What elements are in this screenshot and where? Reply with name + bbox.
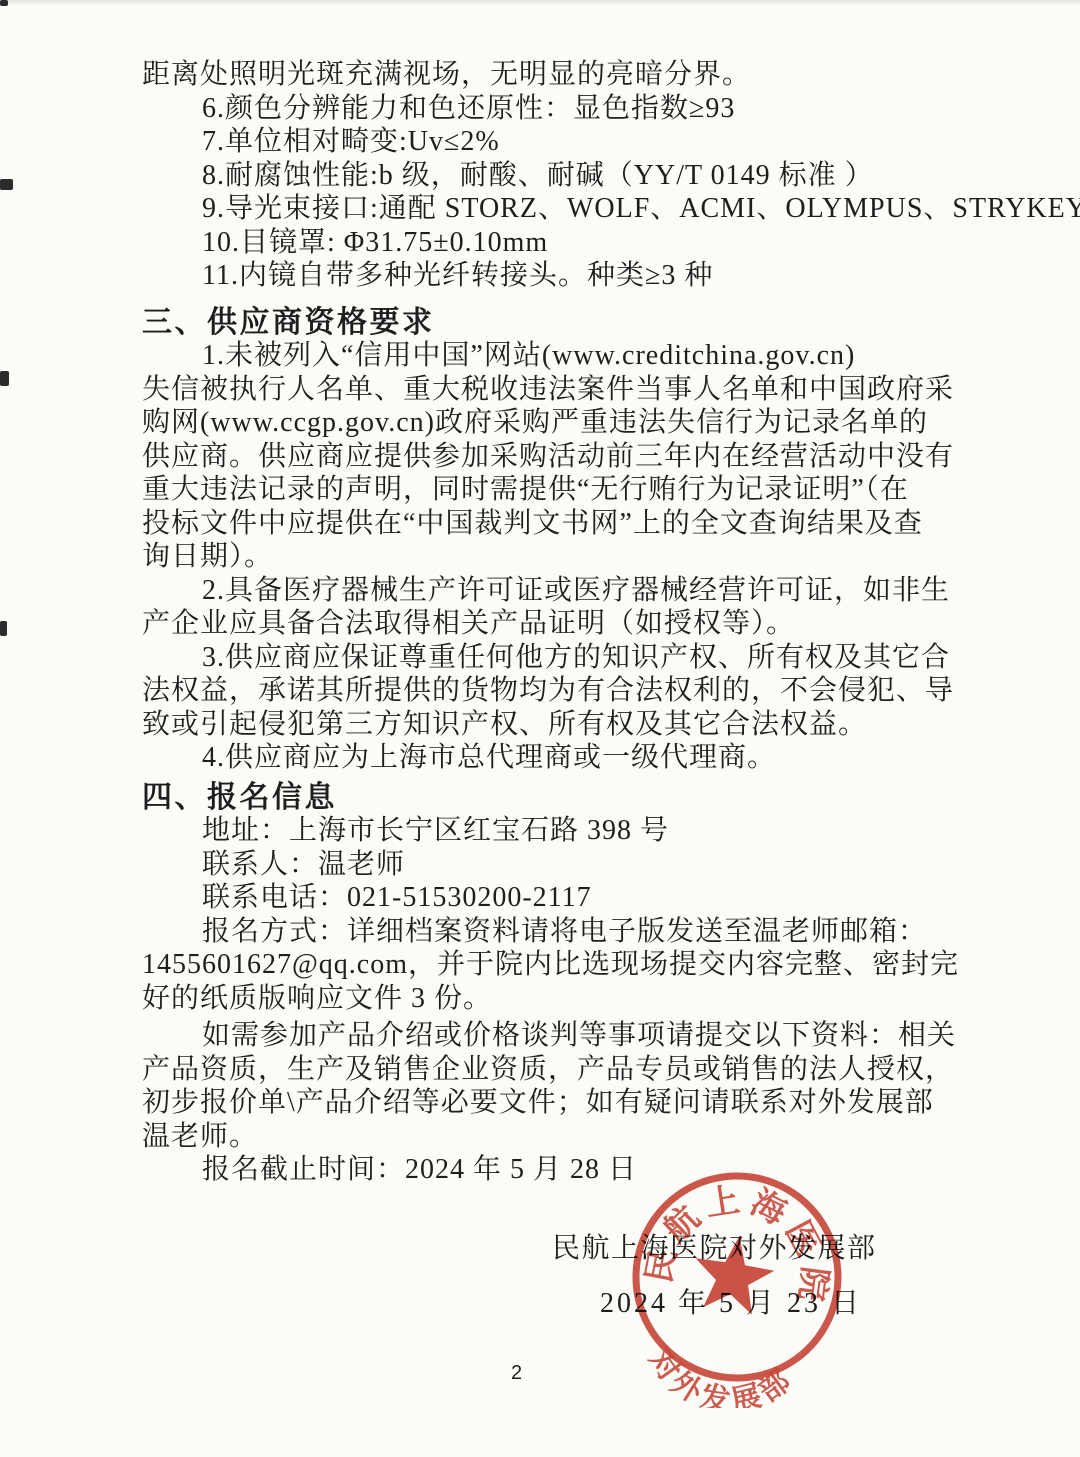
spec-item-7: 7.单位相对畸变:Uv≤2% <box>142 125 954 159</box>
sec3-line: 3.供应商应保证尊重任何他方的知识产权、所有权及其它合 <box>142 641 954 675</box>
sec3-line: 重大违法记录的声明，同时需提供“无行贿行为记录证明”（在 <box>142 473 954 507</box>
sec4-address: 地址：上海市长宁区红宝石路 398 号 <box>142 814 954 848</box>
spec-item-8: 8.耐腐蚀性能:b 级，耐酸、耐碱（YY/T 0149 标准 ） <box>142 159 954 193</box>
scan-artifact <box>0 179 13 190</box>
section3-heading: 三、供应商资格要求 <box>142 306 954 340</box>
official-seal: 民航上海医院 对外发展部 <box>606 1146 868 1408</box>
sec3-line: 购网(www.ccgp.gov.cn)政府采购严重违法失信行为记录名单的 <box>142 406 954 440</box>
scan-artifact <box>0 621 7 636</box>
document-page: 距离处照明光斑充满视场，无明显的亮暗分界。 6.颜色分辨能力和色还原性：显色指数… <box>0 0 1080 1457</box>
scan-artifact <box>0 0 8 6</box>
spec-item-10: 10.目镜罩: Φ31.75±0.10mm <box>142 226 954 260</box>
section4-heading: 四、报名信息 <box>142 781 954 815</box>
spec-line: 距离处照明光斑充满视场，无明显的亮暗分界。 <box>142 58 954 92</box>
sec4-phone: 联系电话：021-51530200-2117 <box>142 881 954 915</box>
sec3-line: 询日期）。 <box>142 540 954 574</box>
sec3-line: 法权益，承诺其所提供的货物均为有合法权利的，不会侵犯、导 <box>142 674 954 708</box>
sec4-line: 初步报价单\产品介绍等必要文件；如有疑问请联系对外发展部 <box>142 1086 954 1120</box>
sec3-line: 4.供应商应为上海市总代理商或一级代理商。 <box>142 741 954 775</box>
scan-artifact <box>0 371 9 386</box>
sec3-line: 供应商。供应商应提供参加采购活动前三年内在经营活动中没有 <box>142 440 954 474</box>
sec3-line: 致或引起侵犯第三方知识产权、所有权及其它合法权益。 <box>142 708 954 742</box>
sec4-email: 1455601627@qq.com，并于院内比选现场提交内容完整、密封完 <box>142 948 954 982</box>
sec4-line: 产品资质，生产及销售企业资质，产品专员或销售的法人授权， <box>142 1053 954 1087</box>
red-star-icon <box>688 1230 779 1318</box>
sec4-line: 好的纸质版响应文件 3 份。 <box>142 982 954 1016</box>
spec-item-11: 11.内镜自带多种光纤转接头。种类≥3 种 <box>142 259 954 293</box>
sec3-line: 1.未被列入“信用中国”网站(www.creditchina.gov.cn) <box>142 339 954 373</box>
page-number: 2 <box>511 1362 522 1385</box>
sec3-line: 失信被执行人名单、重大税收违法案件当事人名单和中国政府采 <box>142 373 954 407</box>
document-body: 距离处照明光斑充满视场，无明显的亮暗分界。 6.颜色分辨能力和色还原性：显色指数… <box>142 58 954 1321</box>
spec-item-6: 6.颜色分辨能力和色还原性：显色指数≥93 <box>142 92 954 126</box>
sec3-line: 2.具备医疗器械生产许可证或医疗器械经营许可证，如非生 <box>142 574 954 608</box>
sec4-contact: 联系人：温老师 <box>142 848 954 882</box>
sec3-line: 投标文件中应提供在“中国裁判文书网”上的全文查询结果及查 <box>142 507 954 541</box>
spec-item-9: 9.导光束接口:通配 STORZ、WOLF、ACMI、OLYMPUS、STRYK… <box>142 192 954 226</box>
sec4-method: 报名方式：详细档案资料请将电子版发送至温老师邮箱： <box>142 915 954 949</box>
sec4-line: 如需参加产品介绍或价格谈判等事项请提交以下资料：相关 <box>142 1019 954 1053</box>
sec3-line: 产企业应具备合法取得相关产品证明（如授权等）。 <box>142 607 954 641</box>
